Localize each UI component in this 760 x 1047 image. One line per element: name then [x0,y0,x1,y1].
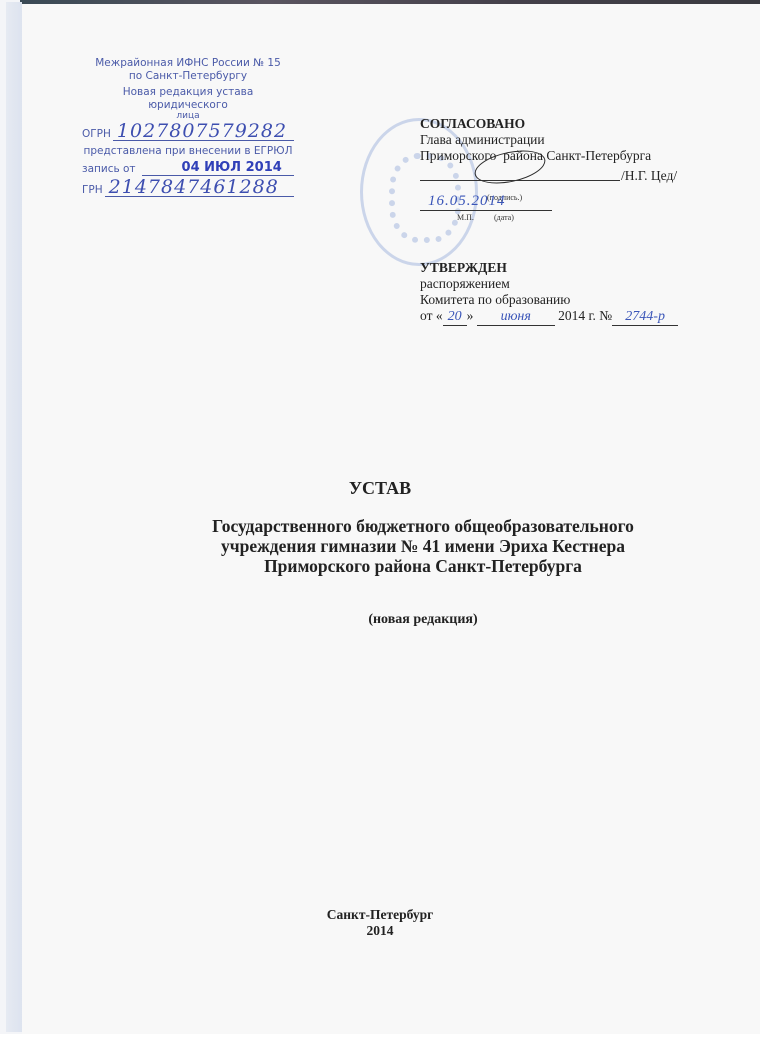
ogrn-value: 1027807579282 [113,122,294,141]
edition-note: (новая редакция) [0,612,760,628]
from-prefix: от « [420,308,443,323]
stamp-line-1: Межрайонная ИФНС России № 15 [82,57,294,70]
signature-line [420,180,620,181]
grn-label: ГРН [82,184,103,197]
date-caption: (дата) [494,213,514,222]
record-row: запись от 04 ИЮЛ 2014 [82,161,294,176]
grn-value: 2147847461288 [105,178,294,197]
approved-order-line: от «20» июня 2014 г. №2744-р [420,308,678,326]
scan-bottom-edge [0,1034,760,1047]
grn-row: ГРН 2147847461288 [82,178,294,197]
date-line [420,210,552,211]
quote-close: » [467,308,474,323]
stamp-line-2: по Санкт-Петербургу [82,70,294,83]
stamp-line-3: Новая редакция устава юридического [82,86,294,112]
approved-heading: УТВЕРЖДЕН [420,260,678,276]
order-day: 20 [443,309,467,326]
city: Санкт-Петербург [0,907,760,923]
approved-line-1: распоряжением [420,276,678,292]
order-number: 2744-р [612,309,678,326]
approved-block: УТВЕРЖДЕН распоряжением Комитета по обра… [420,260,678,326]
seal-caption: М.П. [457,213,474,222]
agreed-date-handwritten: 16.05.2014 [428,193,506,210]
agreed-heading: СОГЛАСОВАНО [420,116,651,132]
order-year: 2014 г. № [558,308,612,323]
subtitle-line-1: Государственного бюджетного общеобразова… [0,516,760,536]
year: 2014 [0,923,760,939]
place-and-year: Санкт-Петербург 2014 [0,907,760,939]
order-month: июня [477,309,555,326]
document-title: УСТАВ [0,478,760,499]
subtitle-line-3: Приморского района Санкт-Петербурга [0,556,760,576]
subtitle-line-2: учреждения гимназии № 41 имени Эриха Кес… [0,536,760,556]
record-date: 04 ИЮЛ 2014 [142,161,294,176]
record-label: запись от [82,163,136,176]
ogrn-label: ОГРН [82,128,111,141]
approved-line-2: Комитета по образованию [420,292,678,308]
stamp-line-5: представлена при внесении в ЕГРЮЛ [82,145,294,158]
document-subtitle: Государственного бюджетного общеобразова… [0,516,760,576]
agreed-position: Глава администрации [420,132,651,148]
signatory-name: /Н.Г. Цед/ [621,168,677,184]
ogrn-row: ОГРН 1027807579282 [82,122,294,141]
tax-registration-stamp: Межрайонная ИФНС России № 15 по Санкт-Пе… [82,57,294,197]
